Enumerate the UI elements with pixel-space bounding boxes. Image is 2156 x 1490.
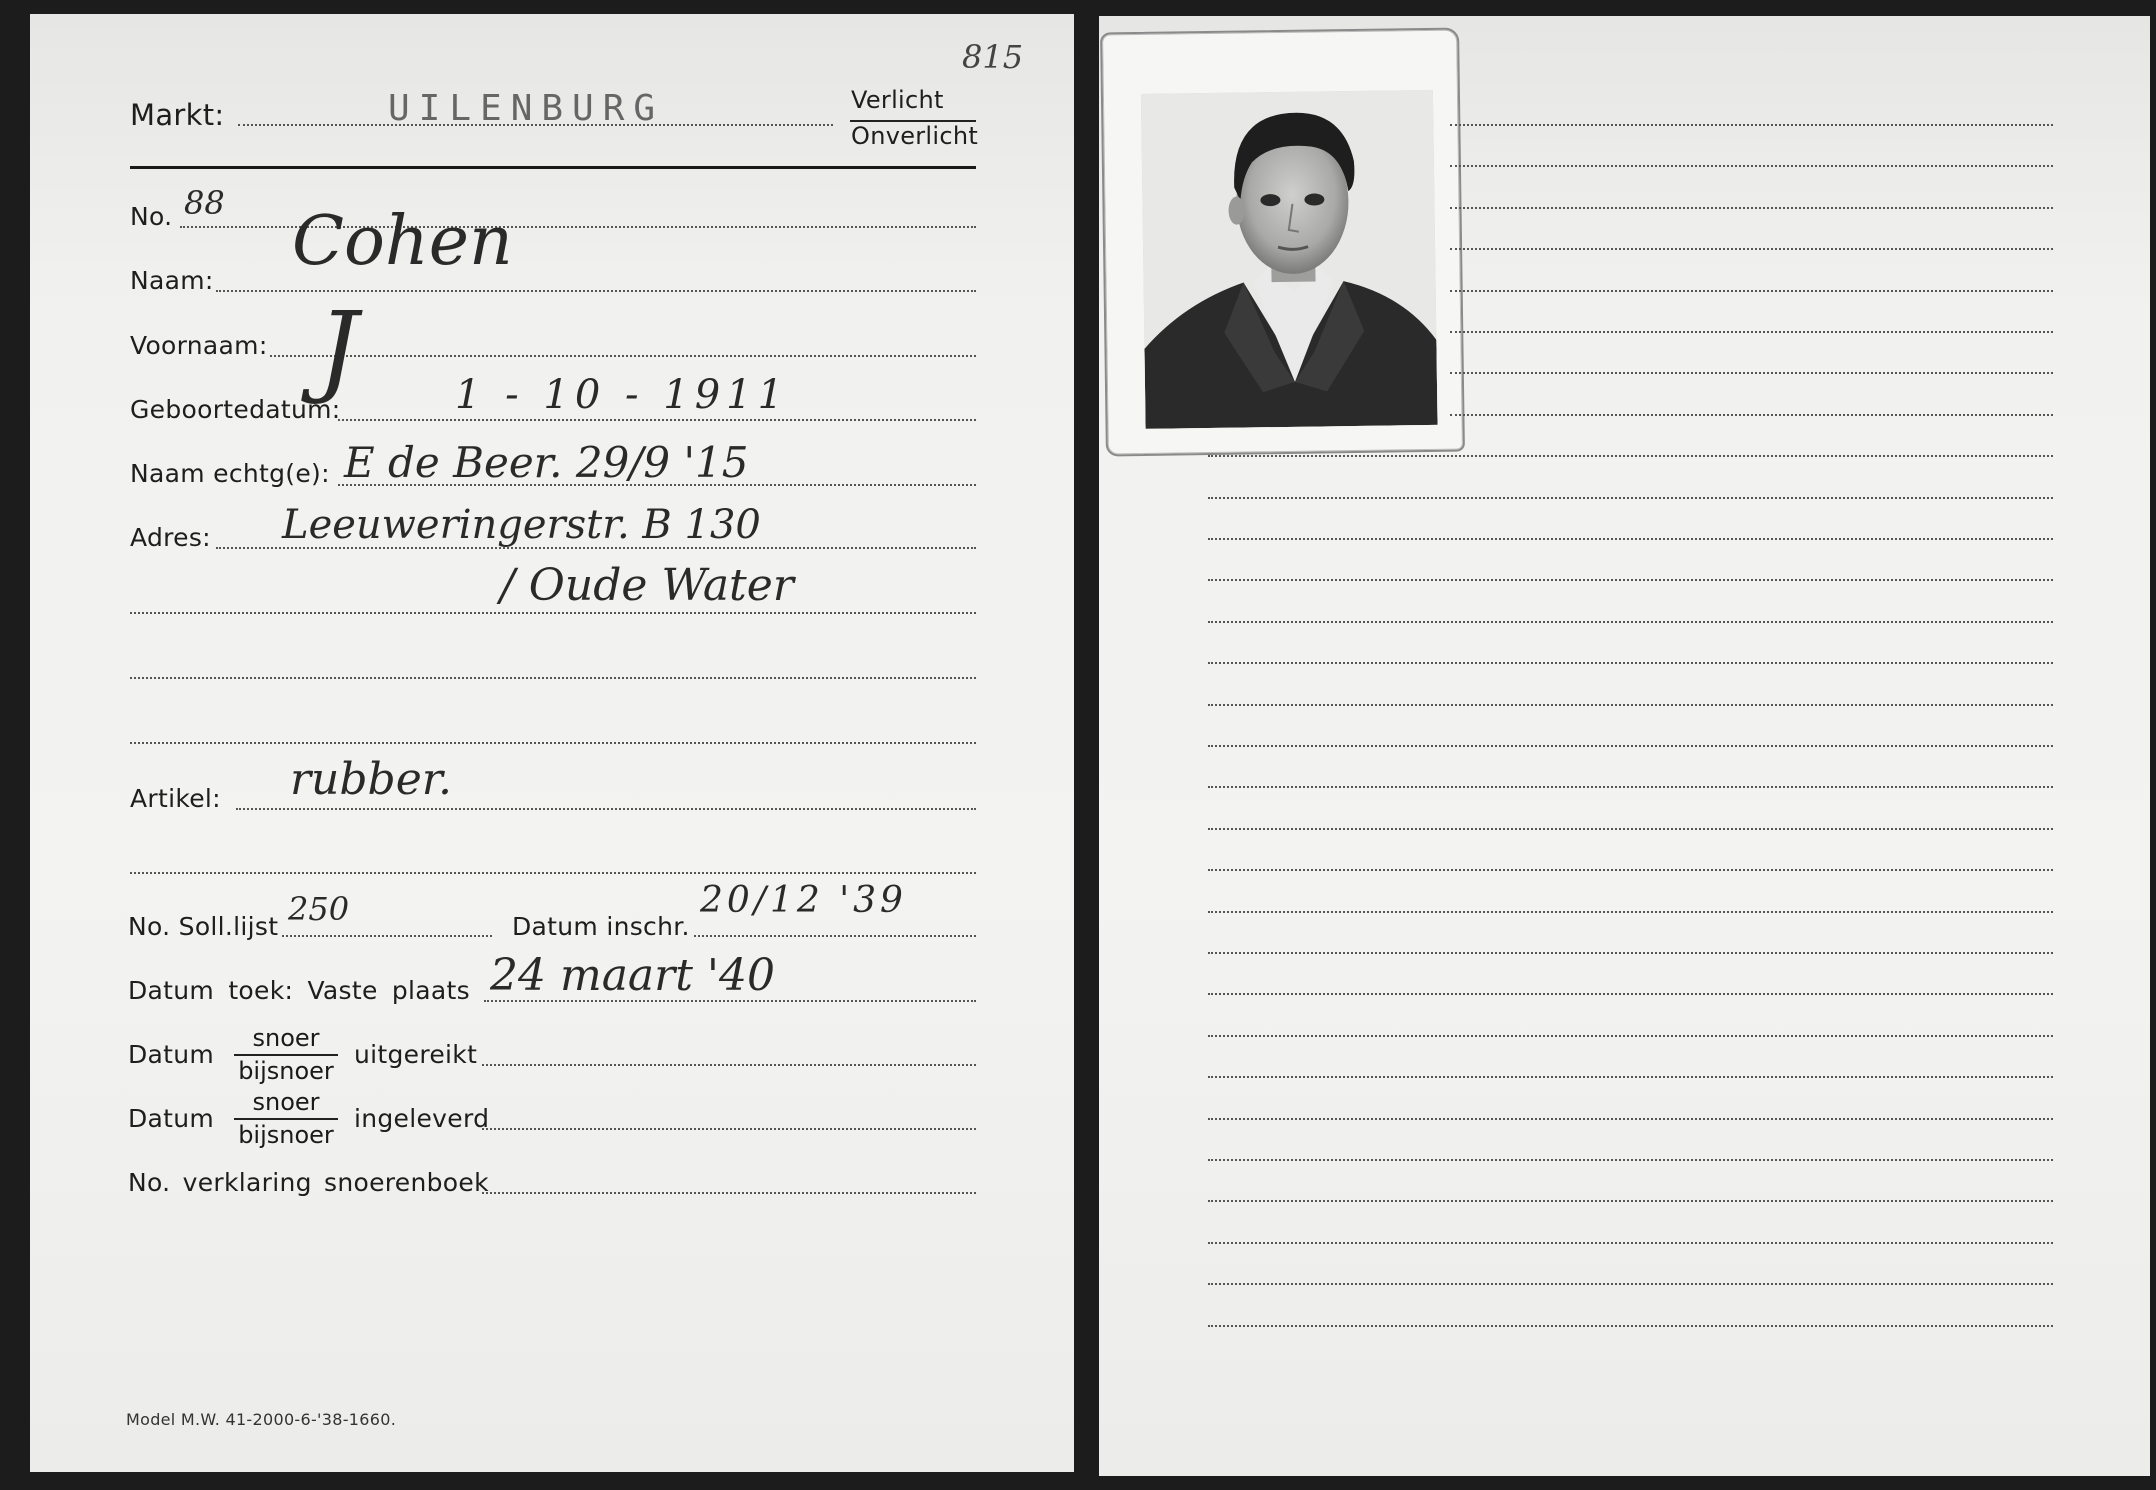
geboortedatum-label: Geboortedatum: [130, 395, 341, 424]
datum-inschr-value: 20/12 '39 [700, 880, 907, 921]
blank-dotted-line [1208, 1118, 2053, 1120]
datum-toek-label: Datum toek: Vaste plaats [128, 976, 470, 1005]
fraction-numerator: snoer [234, 1024, 338, 1056]
blank-dotted-line [1208, 1283, 2053, 1285]
blank-dotted-line [1208, 745, 2053, 747]
blank-dotted-line [1208, 952, 2053, 954]
photo-frame [1100, 28, 1465, 457]
datum-ingeleverd-label: Datum [128, 1104, 214, 1133]
blank-dotted-line [1208, 1200, 2053, 1202]
lighting-option-verlicht: Verlicht [851, 86, 944, 114]
blank-dotted-line [1450, 248, 2053, 250]
adres-label: Adres: [130, 523, 211, 552]
naam-echtgenote-value: E de Beer. 29/9 '15 [344, 438, 749, 487]
blank-dotted-line [1208, 828, 2053, 830]
archive-number: 815 [962, 38, 1023, 76]
datum-inschr-dotted-line [694, 935, 976, 937]
datum-uitgereikt-label: Datum [128, 1040, 214, 1069]
markt-value: UILENBURG [388, 88, 664, 129]
blank-dotted-line [1450, 414, 2053, 416]
blank-dotted-line [1208, 579, 2053, 581]
artikel-label: Artikel: [130, 784, 221, 813]
soll-lijst-dotted-line [282, 935, 492, 937]
voornaam-value: J [318, 290, 358, 407]
blank-dotted-line [1208, 621, 2053, 623]
blank-dotted-line [1208, 786, 2053, 788]
blank-dotted-line [1450, 331, 2053, 333]
snoer-bijsnoer-fraction-1: snoer bijsnoer [234, 1024, 338, 1086]
ingeleverd-label: ingeleverd [354, 1104, 489, 1133]
naam-echtgenote-label: Naam echtg(e): [130, 459, 330, 488]
naam-label: Naam: [130, 266, 214, 295]
blank-dotted-line [1208, 869, 2053, 871]
blank-dotted-line [1450, 165, 2053, 167]
blank-dotted-line [1208, 1076, 2053, 1078]
geboortedatum-value: 1 - 10 - 1911 [455, 372, 789, 418]
verklaring-dotted-line [482, 1192, 976, 1194]
adres-dotted-line-2 [130, 612, 976, 614]
portrait-photo-image [1141, 90, 1438, 429]
markt-label: Markt: [130, 98, 224, 132]
naam-value: Cohen [292, 202, 513, 281]
no-label: No. [130, 202, 172, 231]
adres-value-line1: Leeuweringerstr. B 130 [282, 502, 761, 548]
fraction-denominator: bijsnoer [234, 1120, 338, 1150]
blank-dotted-line [1208, 1159, 2053, 1161]
blank-dotted-line-1 [130, 677, 976, 679]
model-footer: Model M.W. 41-2000-6-'38-1660. [126, 1410, 396, 1429]
blank-dotted-line [1450, 290, 2053, 292]
blank-dotted-line [1208, 911, 2053, 913]
blank-dotted-line [1208, 497, 2053, 499]
blank-dotted-line [1208, 538, 2053, 540]
blank-dotted-line [1450, 124, 2053, 126]
datum-ingeleverd-dotted-line [482, 1128, 976, 1130]
blank-dotted-line [1208, 662, 2053, 664]
blank-dotted-line-3 [130, 872, 976, 874]
fraction-denominator: bijsnoer [234, 1056, 338, 1086]
voornaam-dotted-line [270, 355, 976, 357]
datum-toek-value: 24 maart '40 [490, 950, 775, 1001]
blank-dotted-line [1208, 704, 2053, 706]
snoer-bijsnoer-fraction-2: snoer bijsnoer [234, 1088, 338, 1150]
artikel-dotted-line [236, 808, 976, 810]
fraction-numerator: snoer [234, 1088, 338, 1120]
verklaring-label: No. verklaring snoerenboek [128, 1168, 489, 1197]
lighting-option-onverlicht: Onverlicht [851, 122, 978, 150]
uitgereikt-label: uitgereikt [354, 1040, 477, 1069]
blank-dotted-line [1208, 1242, 2053, 1244]
header-rule [130, 166, 976, 169]
voornaam-label: Voornaam: [130, 331, 268, 360]
portrait-photo [1141, 90, 1438, 429]
blank-dotted-line [1450, 372, 2053, 374]
adres-value-line2: / Oude Water [500, 560, 794, 611]
blank-dotted-line [1208, 1035, 2053, 1037]
blank-dotted-line-2 [130, 742, 976, 744]
no-value: 88 [184, 184, 225, 222]
soll-lijst-label: No. Soll.lijst [128, 912, 278, 941]
artikel-value: rubber. [290, 754, 452, 805]
datum-inschr-label: Datum inschr. [512, 912, 690, 941]
geboortedatum-dotted-line [338, 419, 976, 421]
blank-dotted-line [1208, 1325, 2053, 1327]
soll-lijst-value: 250 [288, 890, 349, 928]
blank-dotted-line [1208, 993, 2053, 995]
datum-uitgereikt-dotted-line [482, 1064, 976, 1066]
blank-dotted-line [1450, 207, 2053, 209]
blank-dotted-line [1208, 455, 2053, 457]
